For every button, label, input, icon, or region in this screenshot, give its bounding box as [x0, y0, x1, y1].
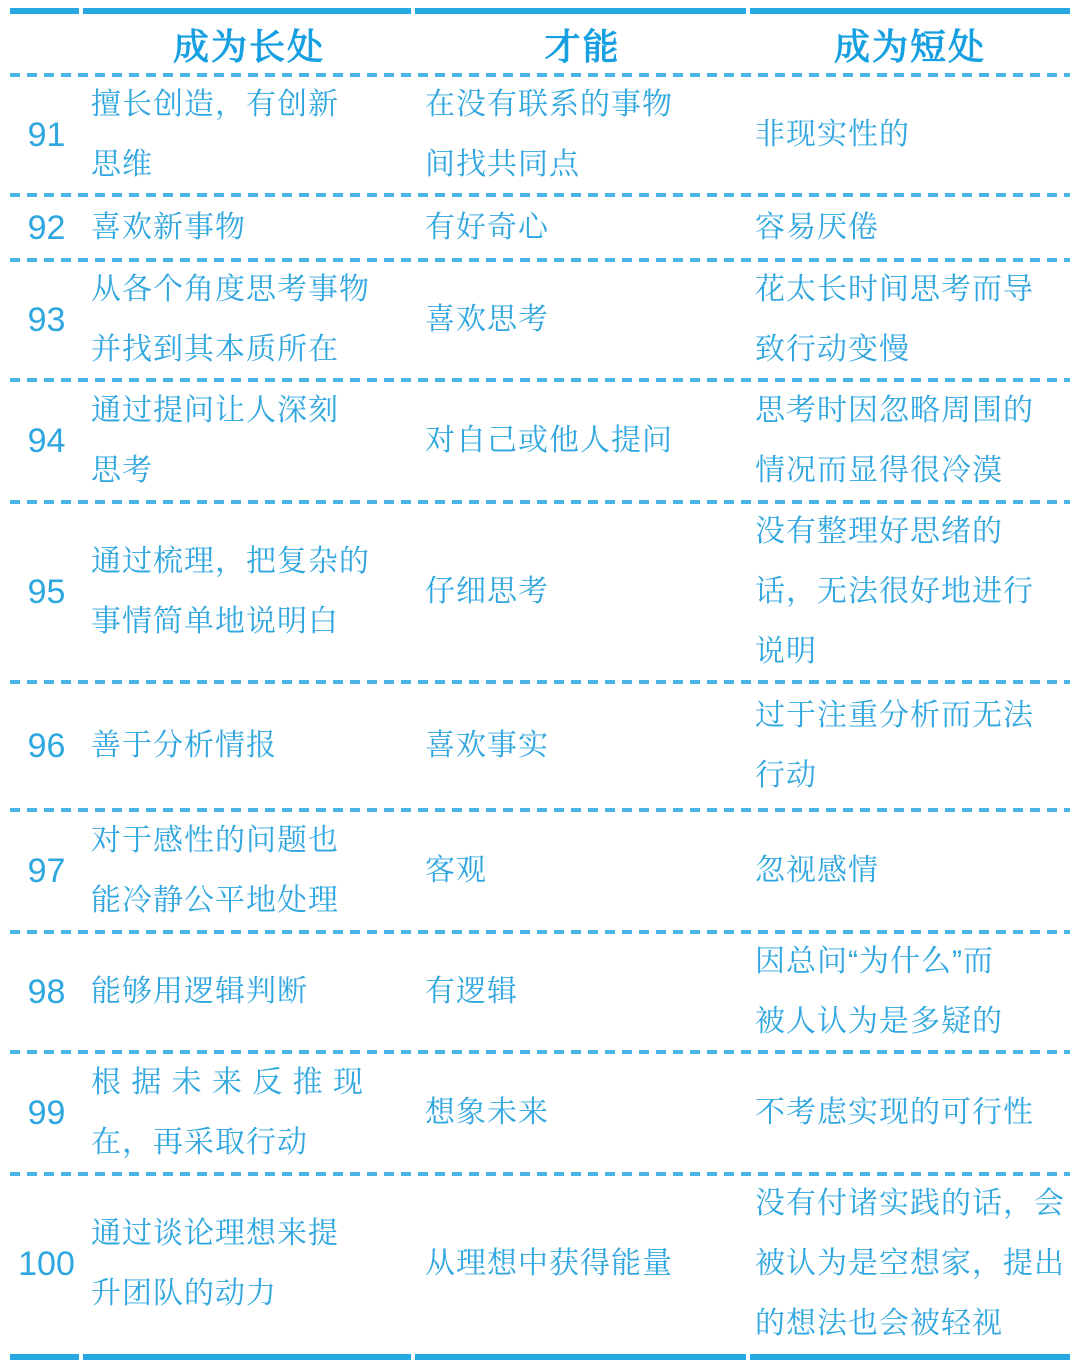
table-row: 92 喜欢新事物 有好奇心 容易厌倦 [10, 195, 1070, 260]
row-number: 98 [10, 932, 83, 1052]
row-number: 99 [10, 1052, 83, 1174]
row-number: 100 [10, 1174, 83, 1354]
table-row: 96 善于分析情报 喜欢事实 过于注重分析而无法 行动 [10, 682, 1070, 810]
cell-weakness: 花太长时间思考而导 致行动变慢 [750, 260, 1070, 380]
cell-talent: 仔细思考 [415, 502, 750, 682]
table-row: 91 擅长创造，有创新 思维 在没有联系的事物 间找共同点 非现实性的 [10, 75, 1070, 195]
cell-talent: 从理想中获得能量 [415, 1174, 750, 1354]
table-body: 91 擅长创造，有创新 思维 在没有联系的事物 间找共同点 非现实性的 92 喜… [10, 75, 1070, 1354]
header-talent: 才能 [415, 19, 750, 70]
table-row: 93 从各个角度思考事物 并找到其本质所在 喜欢思考 花太长时间思考而导 致行动… [10, 260, 1070, 380]
cell-talent: 有逻辑 [415, 932, 750, 1052]
table-row: 94 通过提问让人深刻 思考 对自己或他人提问 思考时因忽略周围的 情况而显得很… [10, 380, 1070, 502]
cell-weakness: 没有付诸实践的话，会 被认为是空想家，提出 的想法也会被轻视 [750, 1174, 1070, 1354]
rule-segment [415, 1354, 746, 1360]
table-row: 99 根 据 未 来 反 推 现 在，再采取行动 想象未来 不考虑实现的可行性 [10, 1052, 1070, 1174]
row-number: 92 [10, 195, 83, 260]
cell-weakness: 因总问“为什么”而 被人认为是多疑的 [750, 932, 1070, 1052]
cell-weakness: 没有整理好思绪的 话，无法很好地进行 说明 [750, 502, 1070, 682]
table-row: 95 通过梳理，把复杂的 事情简单地说明白 仔细思考 没有整理好思绪的 话，无法… [10, 502, 1070, 682]
cell-talent: 想象未来 [415, 1052, 750, 1174]
row-number: 91 [10, 75, 83, 195]
row-number: 94 [10, 380, 83, 502]
table-row: 97 对于感性的问题也 能冷静公平地处理 客观 忽视感情 [10, 810, 1070, 932]
cell-talent: 喜欢事实 [415, 682, 750, 810]
cell-strength: 通过谈论理想来提 升团队的动力 [83, 1174, 415, 1354]
rule-segment [415, 8, 746, 14]
cell-strength: 喜欢新事物 [83, 195, 415, 260]
header-weakness: 成为短处 [750, 19, 1070, 70]
row-number: 97 [10, 810, 83, 932]
cell-weakness: 过于注重分析而无法 行动 [750, 682, 1070, 810]
cell-weakness: 忽视感情 [750, 810, 1070, 932]
rule-segment [10, 8, 79, 14]
rule-segment [750, 1354, 1070, 1360]
cell-strength: 通过提问让人深刻 思考 [83, 380, 415, 502]
cell-strength: 对于感性的问题也 能冷静公平地处理 [83, 810, 415, 932]
table-row: 100 通过谈论理想来提 升团队的动力 从理想中获得能量 没有付诸实践的话，会 … [10, 1174, 1070, 1354]
cell-talent: 在没有联系的事物 间找共同点 [415, 75, 750, 195]
row-number: 95 [10, 502, 83, 682]
table-header-row: 成为长处 才能 成为短处 [10, 14, 1070, 75]
table-row: 98 能够用逻辑判断 有逻辑 因总问“为什么”而 被人认为是多疑的 [10, 932, 1070, 1052]
cell-talent: 有好奇心 [415, 195, 750, 260]
rule-segment [83, 1354, 411, 1360]
rule-segment [10, 1354, 79, 1360]
cell-talent: 客观 [415, 810, 750, 932]
rule-segment [750, 8, 1070, 14]
strengths-table-page: 成为长处 才能 成为短处 91 擅长创造，有创新 思维 在没有联系的事物 间找共… [0, 0, 1080, 1365]
top-rule [10, 8, 1070, 14]
cell-strength: 通过梳理，把复杂的 事情简单地说明白 [83, 502, 415, 682]
cell-talent: 喜欢思考 [415, 260, 750, 380]
cell-strength: 善于分析情报 [83, 682, 415, 810]
row-number: 93 [10, 260, 83, 380]
cell-weakness: 思考时因忽略周围的 情况而显得很冷漠 [750, 380, 1070, 502]
cell-strength: 根 据 未 来 反 推 现 在，再采取行动 [83, 1052, 415, 1174]
bottom-rule [10, 1354, 1070, 1360]
cell-strength: 从各个角度思考事物 并找到其本质所在 [83, 260, 415, 380]
rule-segment [83, 8, 411, 14]
cell-weakness: 非现实性的 [750, 75, 1070, 195]
cell-weakness: 容易厌倦 [750, 195, 1070, 260]
cell-weakness: 不考虑实现的可行性 [750, 1052, 1070, 1174]
cell-strength: 能够用逻辑判断 [83, 932, 415, 1052]
cell-talent: 对自己或他人提问 [415, 380, 750, 502]
row-number: 96 [10, 682, 83, 810]
cell-strength: 擅长创造，有创新 思维 [83, 75, 415, 195]
header-strength: 成为长处 [83, 19, 415, 70]
